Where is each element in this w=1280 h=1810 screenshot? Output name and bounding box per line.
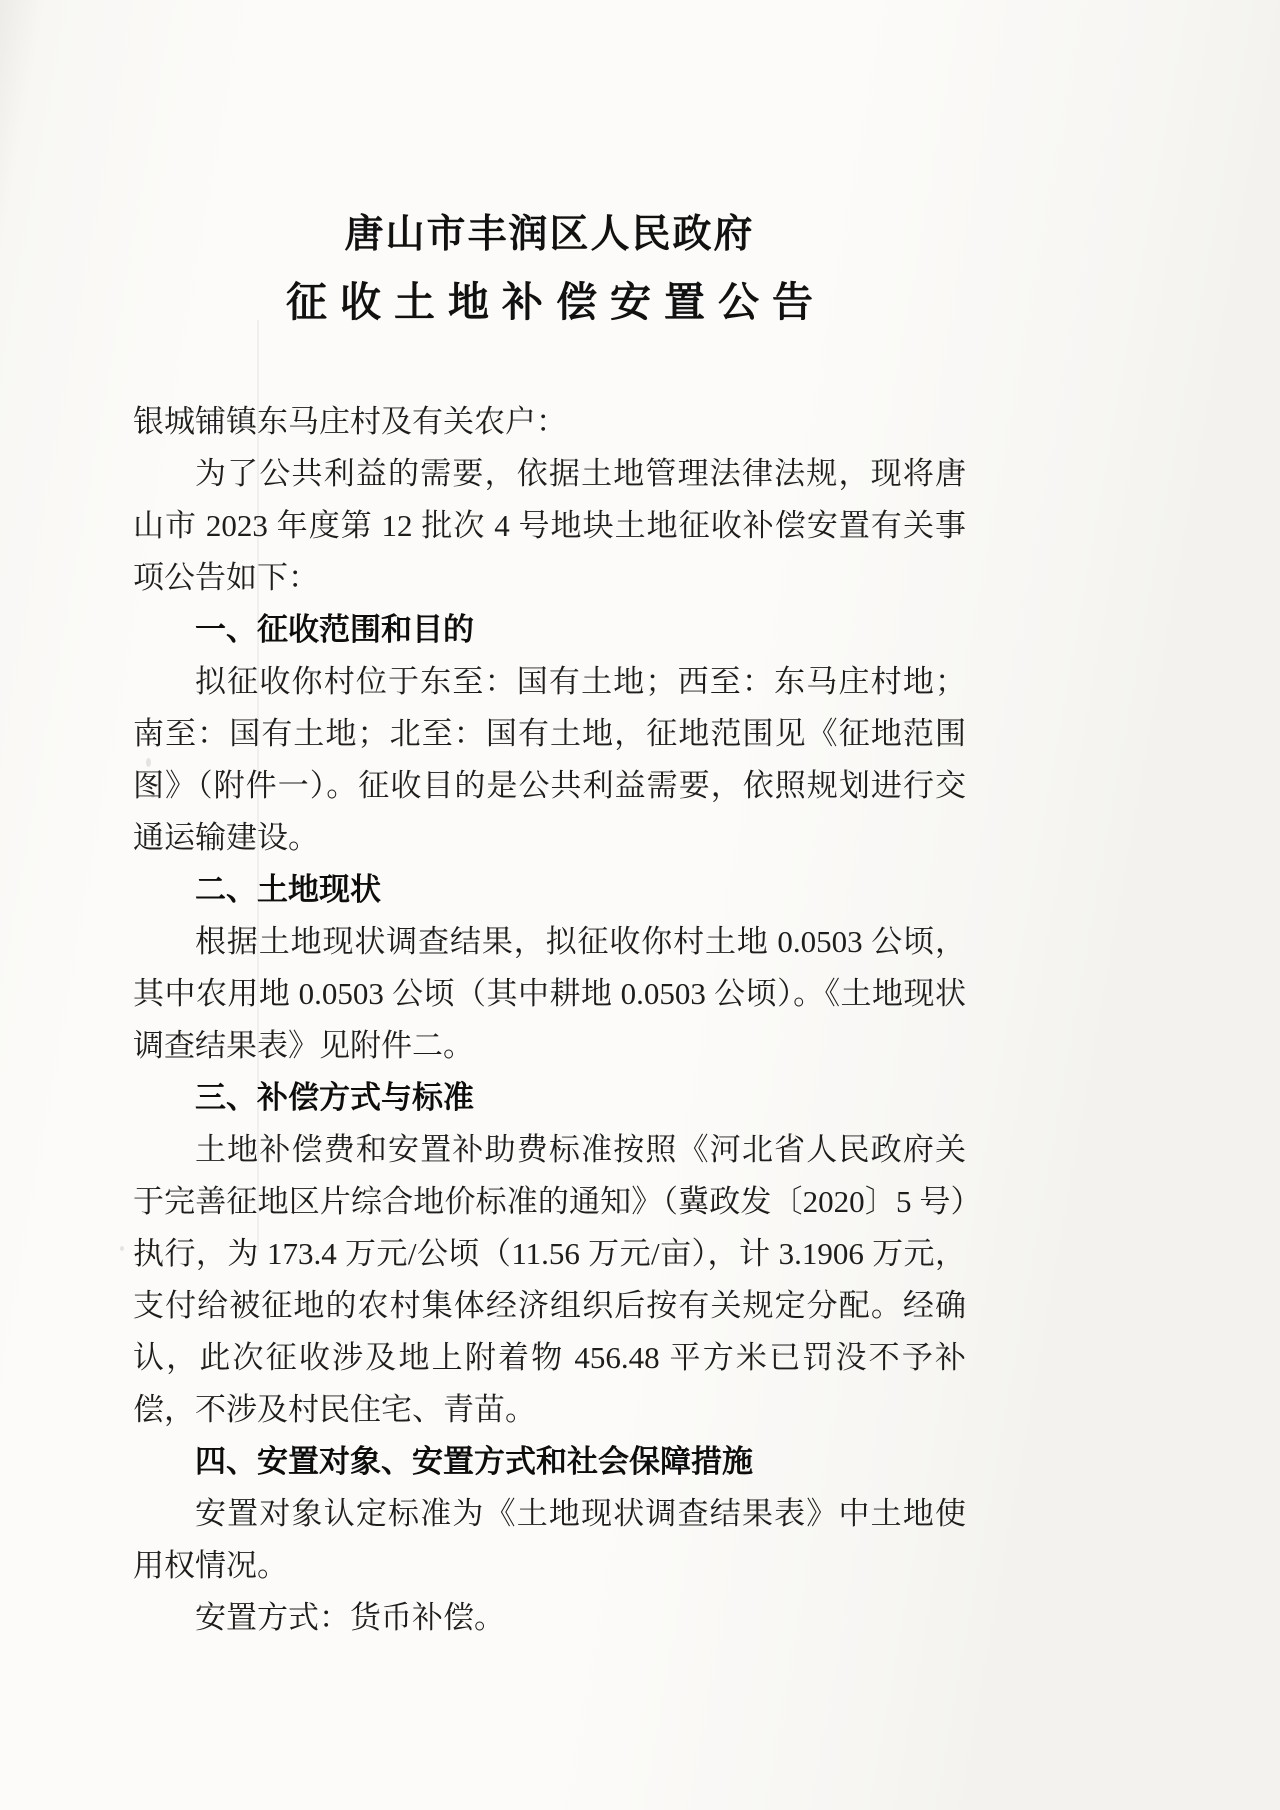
section2-heading: 二、土地现状 — [133, 864, 966, 916]
document-title-issuer: 唐山市丰润区人民政府 — [133, 212, 966, 258]
section3-heading: 三、补偿方式与标准 — [133, 1072, 966, 1124]
intro-paragraph: 为了公共利益的需要，依据土地管理法律法规，现将唐山市 2023 年度第 12 批… — [133, 448, 966, 604]
scan-speck — [120, 1246, 124, 1251]
section4-paragraph-2: 安置方式：货币补偿。 — [133, 1592, 966, 1644]
section1-heading: 一、征收范围和目的 — [133, 604, 966, 656]
section2-paragraph: 根据土地现状调查结果，拟征收你村土地 0.0503 公顷，其中农用地 0.050… — [133, 916, 966, 1072]
document-title-subject: 征收土地补偿安置公告 — [133, 278, 966, 326]
section3-paragraph: 土地补偿费和安置补助费标准按照《河北省人民政府关于完善征地区片综合地价标准的通知… — [133, 1124, 966, 1436]
section1-paragraph: 拟征收你村位于东至：国有土地；西至：东马庄村地；南至：国有土地；北至：国有土地，… — [133, 656, 966, 864]
scanned-page: 唐山市丰润区人民政府 征收土地补偿安置公告 银城铺镇东马庄村及有关农户： 为了公… — [0, 0, 1280, 1810]
salutation-line: 银城铺镇东马庄村及有关农户： — [133, 396, 966, 448]
section4-heading: 四、安置对象、安置方式和社会保障措施 — [133, 1436, 966, 1488]
document-body: 唐山市丰润区人民政府 征收土地补偿安置公告 银城铺镇东马庄村及有关农户： 为了公… — [133, 212, 966, 1644]
section4-paragraph-1: 安置对象认定标准为《土地现状调查结果表》中土地使用权情况。 — [133, 1488, 966, 1592]
